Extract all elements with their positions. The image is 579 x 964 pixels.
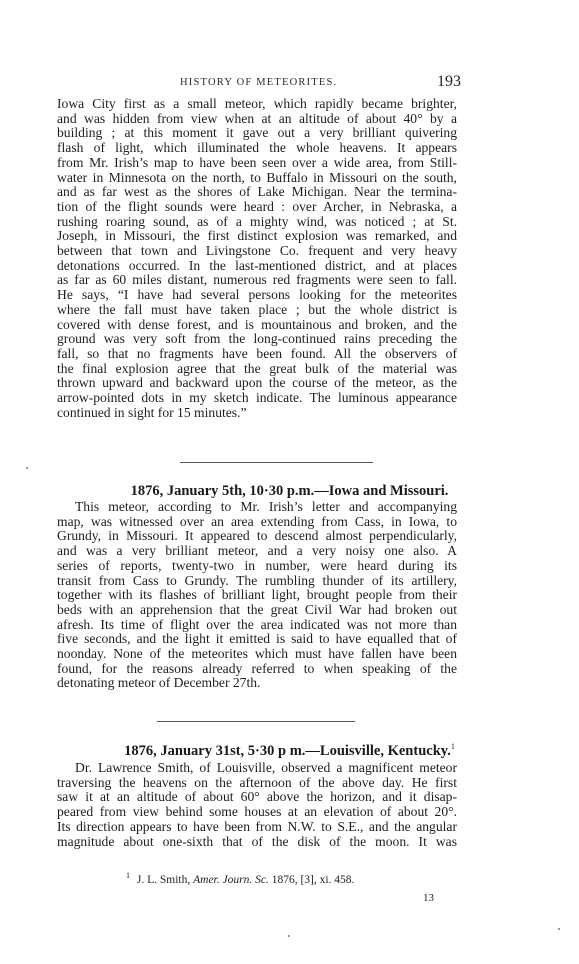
section-heading-jan-5: 1876, January 5th, 10·30 p.m.—Iowa and M… (0, 483, 579, 500)
section-divider (157, 721, 355, 722)
text-line: transit from Cass to Grundy. The rumblin… (57, 574, 457, 589)
text-line: covered with dense forest, and is mounta… (57, 318, 457, 333)
text-line: rushing roaring sound, as of a mighty wi… (57, 215, 457, 230)
text-line: and was a very brilliant meteor, and a v… (57, 544, 457, 559)
text-line: detonations occurred. In the last-mentio… (57, 259, 457, 274)
text-line: thrown upward and backward upon the cour… (57, 376, 457, 391)
text-line: Iowa City first as a small meteor, which… (57, 97, 457, 112)
text-line: and as far west as the shores of Lake Mi… (57, 185, 457, 200)
text-line: Its direction appears to have been from … (57, 820, 457, 835)
footnote-reference[interactable]: 1 (451, 742, 455, 751)
continuation-paragraph: Iowa City first as a small meteor, which… (57, 97, 457, 420)
text-line: tion of the flight sounds were heard : o… (57, 200, 457, 215)
text-line: afresh. Its time of flight over the area… (57, 618, 457, 633)
text-line: arrow-pointed dots in my sketch indicate… (57, 391, 457, 406)
text-line: Joseph, in Missouri, the first distinct … (57, 229, 457, 244)
text-line: Grundy, in Missouri. It appeared to desc… (57, 529, 457, 544)
footnote-citation: 1876, [3], xi. 458. (272, 874, 355, 886)
heading-text: 1876, January 31st, 5·30 p m.—Louisville… (124, 743, 451, 759)
text-line: from Mr. Irish’s map to have been seen o… (57, 156, 457, 171)
footnote-journal: Amer. Journ. Sc. (193, 874, 269, 886)
text-line: between that town and Livingstone Co. fr… (57, 244, 457, 259)
signature-mark: 13 (423, 892, 434, 904)
book-page: HISTORY OF METEORITES. 193 Iowa City fir… (0, 0, 579, 964)
text-line: and was hidden from view when at an alti… (57, 112, 457, 127)
text-line: Dr. Lawrence Smith, of Louisville, obser… (57, 761, 457, 776)
scan-speck (558, 928, 560, 930)
text-line: saw it at an altitude of about 60° above… (57, 790, 457, 805)
text-line: magnitude about one-sixth that of the di… (57, 835, 457, 850)
text-line: where the fall must have taken place ; b… (57, 303, 457, 318)
text-line: detonating meteor of December 27th. (57, 676, 457, 691)
text-line: ground was very soft from the long-conti… (57, 332, 457, 347)
text-line: water in Minnesota on the north, to Buff… (57, 171, 457, 186)
text-line: building ; at this moment it gave out a … (57, 126, 457, 141)
text-line: found, for the reasons already referred … (57, 662, 457, 677)
text-line: the final explosion agree that the great… (57, 362, 457, 377)
running-head: HISTORY OF METEORITES. (180, 77, 337, 88)
text-line: peared from view behind some houses at a… (57, 805, 457, 820)
jan-5-paragraph: This meteor, according to Mr. Irish’s le… (57, 500, 457, 691)
footnote-author: J. L. Smith, (137, 874, 190, 886)
footnote-marker: 1 (126, 871, 130, 880)
text-line: This meteor, according to Mr. Irish’s le… (57, 500, 457, 515)
text-line: beds with an apprehension that the great… (57, 603, 457, 618)
text-line: flash of light, which illuminated the wh… (57, 141, 457, 156)
text-line: series of reports, twenty-two in number,… (57, 559, 457, 574)
footnote: 1 J. L. Smith, Amer. Journ. Sc. 1876, [3… (126, 871, 354, 886)
text-line: map, was witnessed over an area extendin… (57, 515, 457, 530)
text-line: fall, so that no fragments have been fou… (57, 347, 457, 362)
scan-speck (288, 935, 290, 937)
section-heading-jan-31: 1876, January 31st, 5·30 p m.—Louisville… (0, 742, 579, 760)
text-line: as far as 60 miles distant, numerous red… (57, 273, 457, 288)
jan-31-paragraph: Dr. Lawrence Smith, of Louisville, obser… (57, 761, 457, 849)
section-divider (180, 462, 373, 463)
text-line: traversing the heavens on the afternoon … (57, 776, 457, 791)
text-line: He says, “I have had several persons loo… (57, 288, 457, 303)
text-line: noonday. None of the meteorites which mu… (57, 647, 457, 662)
heading-text: 1876, January 5th, 10·30 p.m.—Iowa and M… (131, 483, 449, 499)
text-line: together with its flashes of brilliant l… (57, 588, 457, 603)
text-line: five seconds, and the light it emitted i… (57, 632, 457, 647)
page-number: 193 (437, 73, 461, 91)
scan-speck (26, 467, 28, 469)
text-line: continued in sight for 15 minutes.” (57, 406, 457, 421)
